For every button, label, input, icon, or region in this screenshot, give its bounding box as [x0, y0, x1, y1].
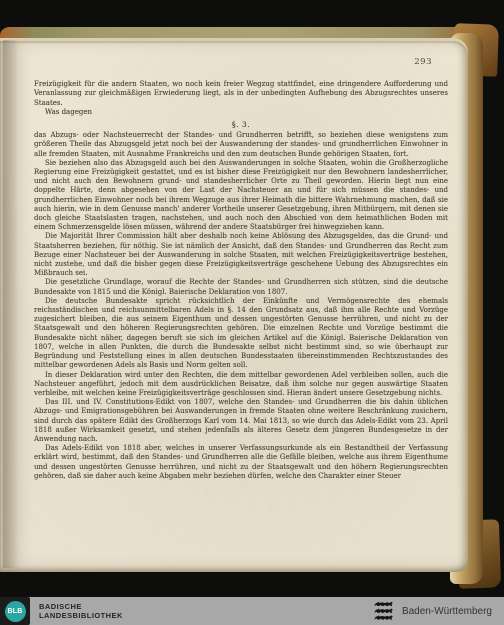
- state-name-label: Baden-Württemberg: [402, 606, 492, 617]
- paragraph: In dieser Deklaration wird unter den Rec…: [34, 371, 448, 399]
- paragraph: das Abzugs- oder Nachsteuerrecht der Sta…: [34, 131, 448, 159]
- paragraph: Die gesetzliche Grundlage, worauf die Re…: [34, 278, 448, 296]
- blb-logo-box: BLB: [0, 597, 30, 625]
- paragraph: Sie beziehen also das Abzugsgeld auch be…: [34, 159, 448, 233]
- library-name-line1: BADISCHE: [39, 602, 123, 611]
- blb-circle-badge: BLB: [5, 601, 26, 622]
- page-number: 293: [34, 58, 448, 67]
- three-lions-coat-icon: [373, 599, 394, 623]
- library-name: BADISCHE LANDESBIBLIOTHEK: [39, 602, 123, 620]
- library-logo: BLB BADISCHE LANDESBIBLIOTHEK: [0, 597, 123, 625]
- paragraph: Die deutsche Bundesakte spricht rücksich…: [34, 297, 448, 371]
- paragraph: Das III. und IV. Constitutions-Edikt von…: [34, 398, 448, 444]
- library-name-line2: LANDESBIBLIOTHEK: [39, 611, 123, 620]
- section-heading: §. 3.: [34, 120, 448, 129]
- viewer-footer-bar: BLB BADISCHE LANDESBIBLIOTHEK Baden-Würt…: [0, 597, 504, 625]
- page-content: 293 Freizügigkeit für die andern Staaten…: [34, 58, 448, 481]
- scan-viewport: 293 Freizügigkeit für die andern Staaten…: [0, 0, 504, 625]
- paragraph: Freizügigkeit für die andern Staaten, wo…: [34, 80, 448, 108]
- state-logo: Baden-Württemberg: [373, 599, 504, 623]
- paragraph: Das Adels-Edikt von 1818 aber, welches i…: [34, 444, 448, 481]
- paragraph: Was dagegen: [34, 108, 448, 117]
- paragraph: Die Majorität Ihrer Commission hält aber…: [34, 232, 448, 278]
- page-gutter-shadow: [3, 40, 19, 568]
